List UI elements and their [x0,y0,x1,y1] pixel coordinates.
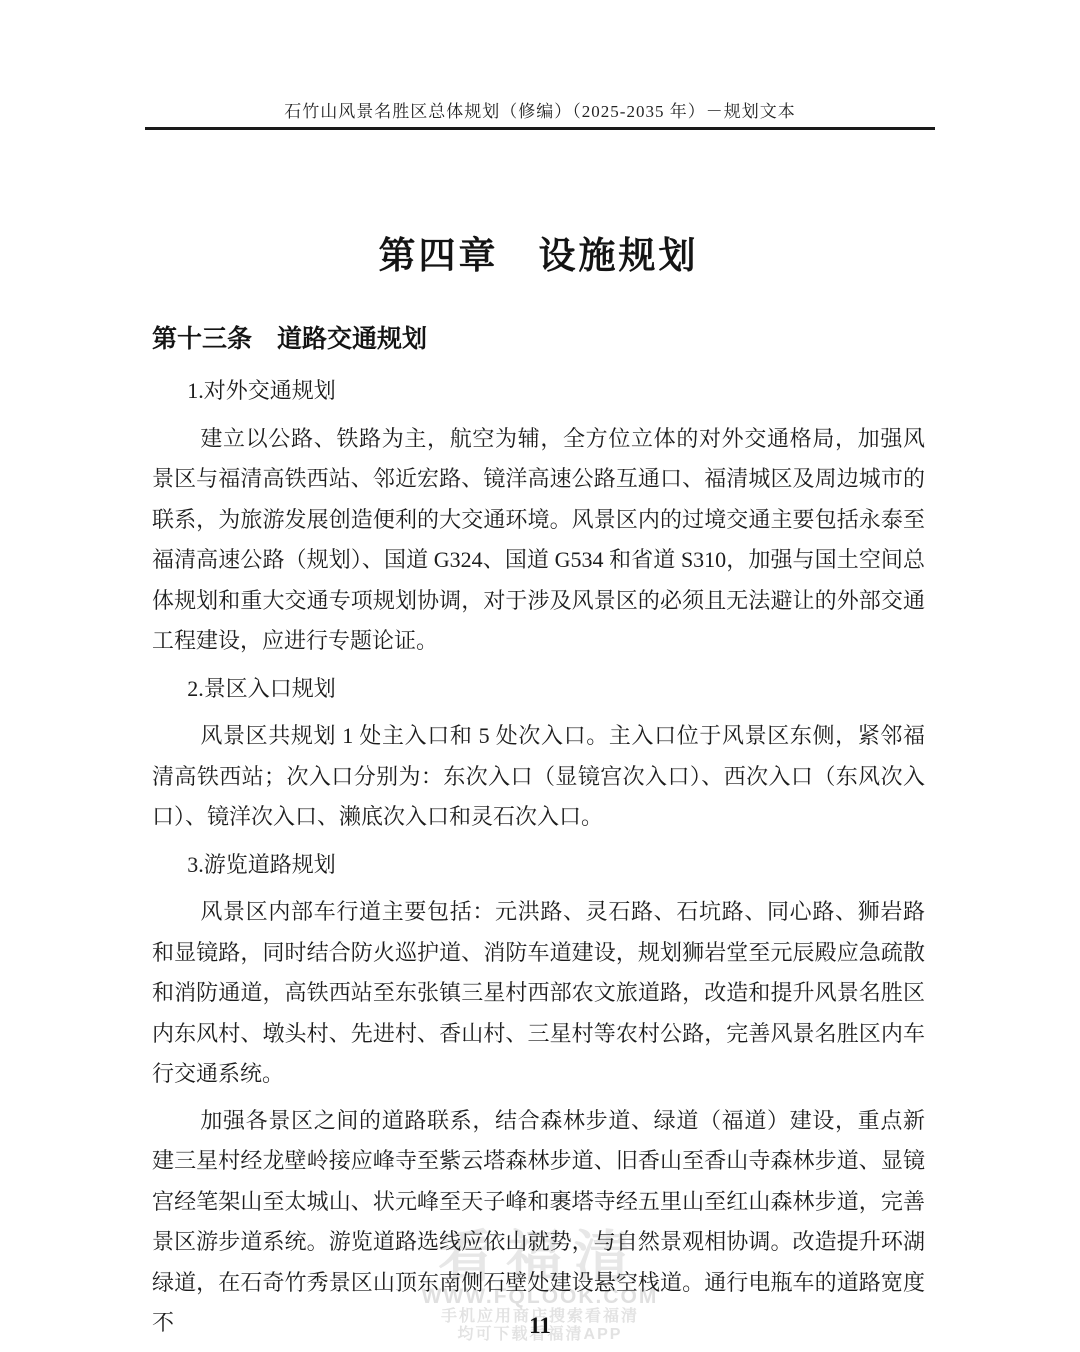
paragraph-subhead-2: 2.景区入口规划 [152,669,925,710]
paragraph-external-traffic: 建立以公路、铁路为主，航空为辅，全方位立体的对外交通格局，加强风景区与福清高铁西… [152,419,925,662]
paragraph-subhead-1: 1.对外交通规划 [152,371,925,412]
paragraph-entrances: 风景区共规划 1 处主入口和 5 处次入口。主入口位于风景区东侧，紧邻福清高铁西… [152,716,925,838]
header-divider [145,127,935,130]
paragraph-subhead-3: 3.游览道路规划 [152,845,925,886]
section-heading: 第十三条 道路交通规划 [152,319,925,355]
page-number: 11 [0,1313,1080,1339]
paragraph-internal-roads: 风景区内部车行道主要包括：元洪路、灵石路、石坑路、同心路、狮岩路和显镜路，同时结… [152,892,925,1095]
page-body: 第四章 设施规划 第十三条 道路交通规划 1.对外交通规划 建立以公路、铁路为主… [152,225,925,1344]
running-header: 石竹山风景名胜区总体规划（修编）（2025-2035 年）－规划文本 [0,0,1080,122]
paragraph-trails: 加强各景区之间的道路联系，结合森林步道、绿道（福道）建设，重点新建三星村经龙壁岭… [152,1101,925,1344]
chapter-title: 第四章 设施规划 [152,225,925,279]
document-page: 石竹山风景名胜区总体规划（修编）（2025-2035 年）－规划文本 看福清 W… [0,0,1080,1352]
